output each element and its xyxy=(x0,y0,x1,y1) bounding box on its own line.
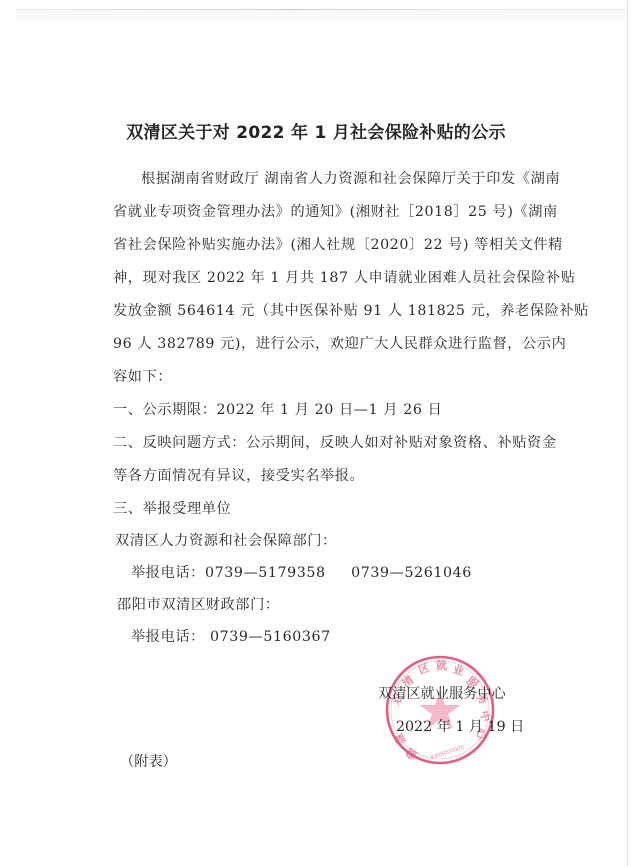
unit-hr-name: 双清区人力资源和社会保障部门： xyxy=(115,530,337,550)
document-title: 双清区关于对 2022 年 1 月社会保险补贴的公示 xyxy=(0,118,632,143)
scan-shadow xyxy=(16,10,626,28)
paragraph-line: 神，现对我区 2022 年 1 月共 187 人申请就业困难人员社会保险补贴 xyxy=(113,267,576,287)
svg-text:业: 业 xyxy=(451,662,466,679)
paragraph-line: 96 人 382789 元)，进行公示，欢迎广大人民群众进行监督，公示内 xyxy=(113,333,566,353)
paragraph-line: 根据湖南省财政厅 湖南省人力资源和社会保障厅关于印发《湖南 xyxy=(141,168,560,188)
section-publicity-period: 一、公示期限：2022 年 1 月 20 日—1 月 26 日 xyxy=(113,399,442,419)
signature-org: 双清区就业服务中心 xyxy=(378,683,506,703)
paragraph-line: 省社会保险补贴实施办法》(湘人社规〔2020〕22 号) 等相关文件精 xyxy=(113,234,563,254)
unit-hr-phone: 举报电话：0739—5179358 0739—5261046 xyxy=(131,562,472,582)
paragraph-line: 容如下： xyxy=(113,366,172,386)
svg-text:盘: 盘 xyxy=(403,745,420,763)
paragraph-line: 省就业专项资金管理办法》的通知》(湘财社［2018］25 号)《湖南 xyxy=(113,201,558,221)
section-report-units: 三、举报受理单位 xyxy=(113,498,231,518)
paragraph-line: 发放金额 564614 元（其中医保补贴 91 人 181825 元，养老保险补… xyxy=(113,300,589,320)
unit-finance-phone: 举报电话： 0739—5160367 xyxy=(131,626,331,646)
signature-date: 2022 年 1 月 19 日 xyxy=(396,716,524,736)
svg-text:就: 就 xyxy=(436,658,447,672)
unit-finance-name: 邵阳市双清区财政部门： xyxy=(117,594,280,614)
section-report-method: 二、反映问题方式：公示期间，反映人如对补贴对象资格、补贴资金 xyxy=(113,432,557,452)
official-seal-icon: 双 清 区 就 业 服 务 中 心 盘 盘 4308000000 xyxy=(384,654,496,766)
section-report-method-cont: 等各方面情况有异议，接受实名举报。 xyxy=(113,465,364,485)
attachment-label: （附表） xyxy=(120,751,177,771)
